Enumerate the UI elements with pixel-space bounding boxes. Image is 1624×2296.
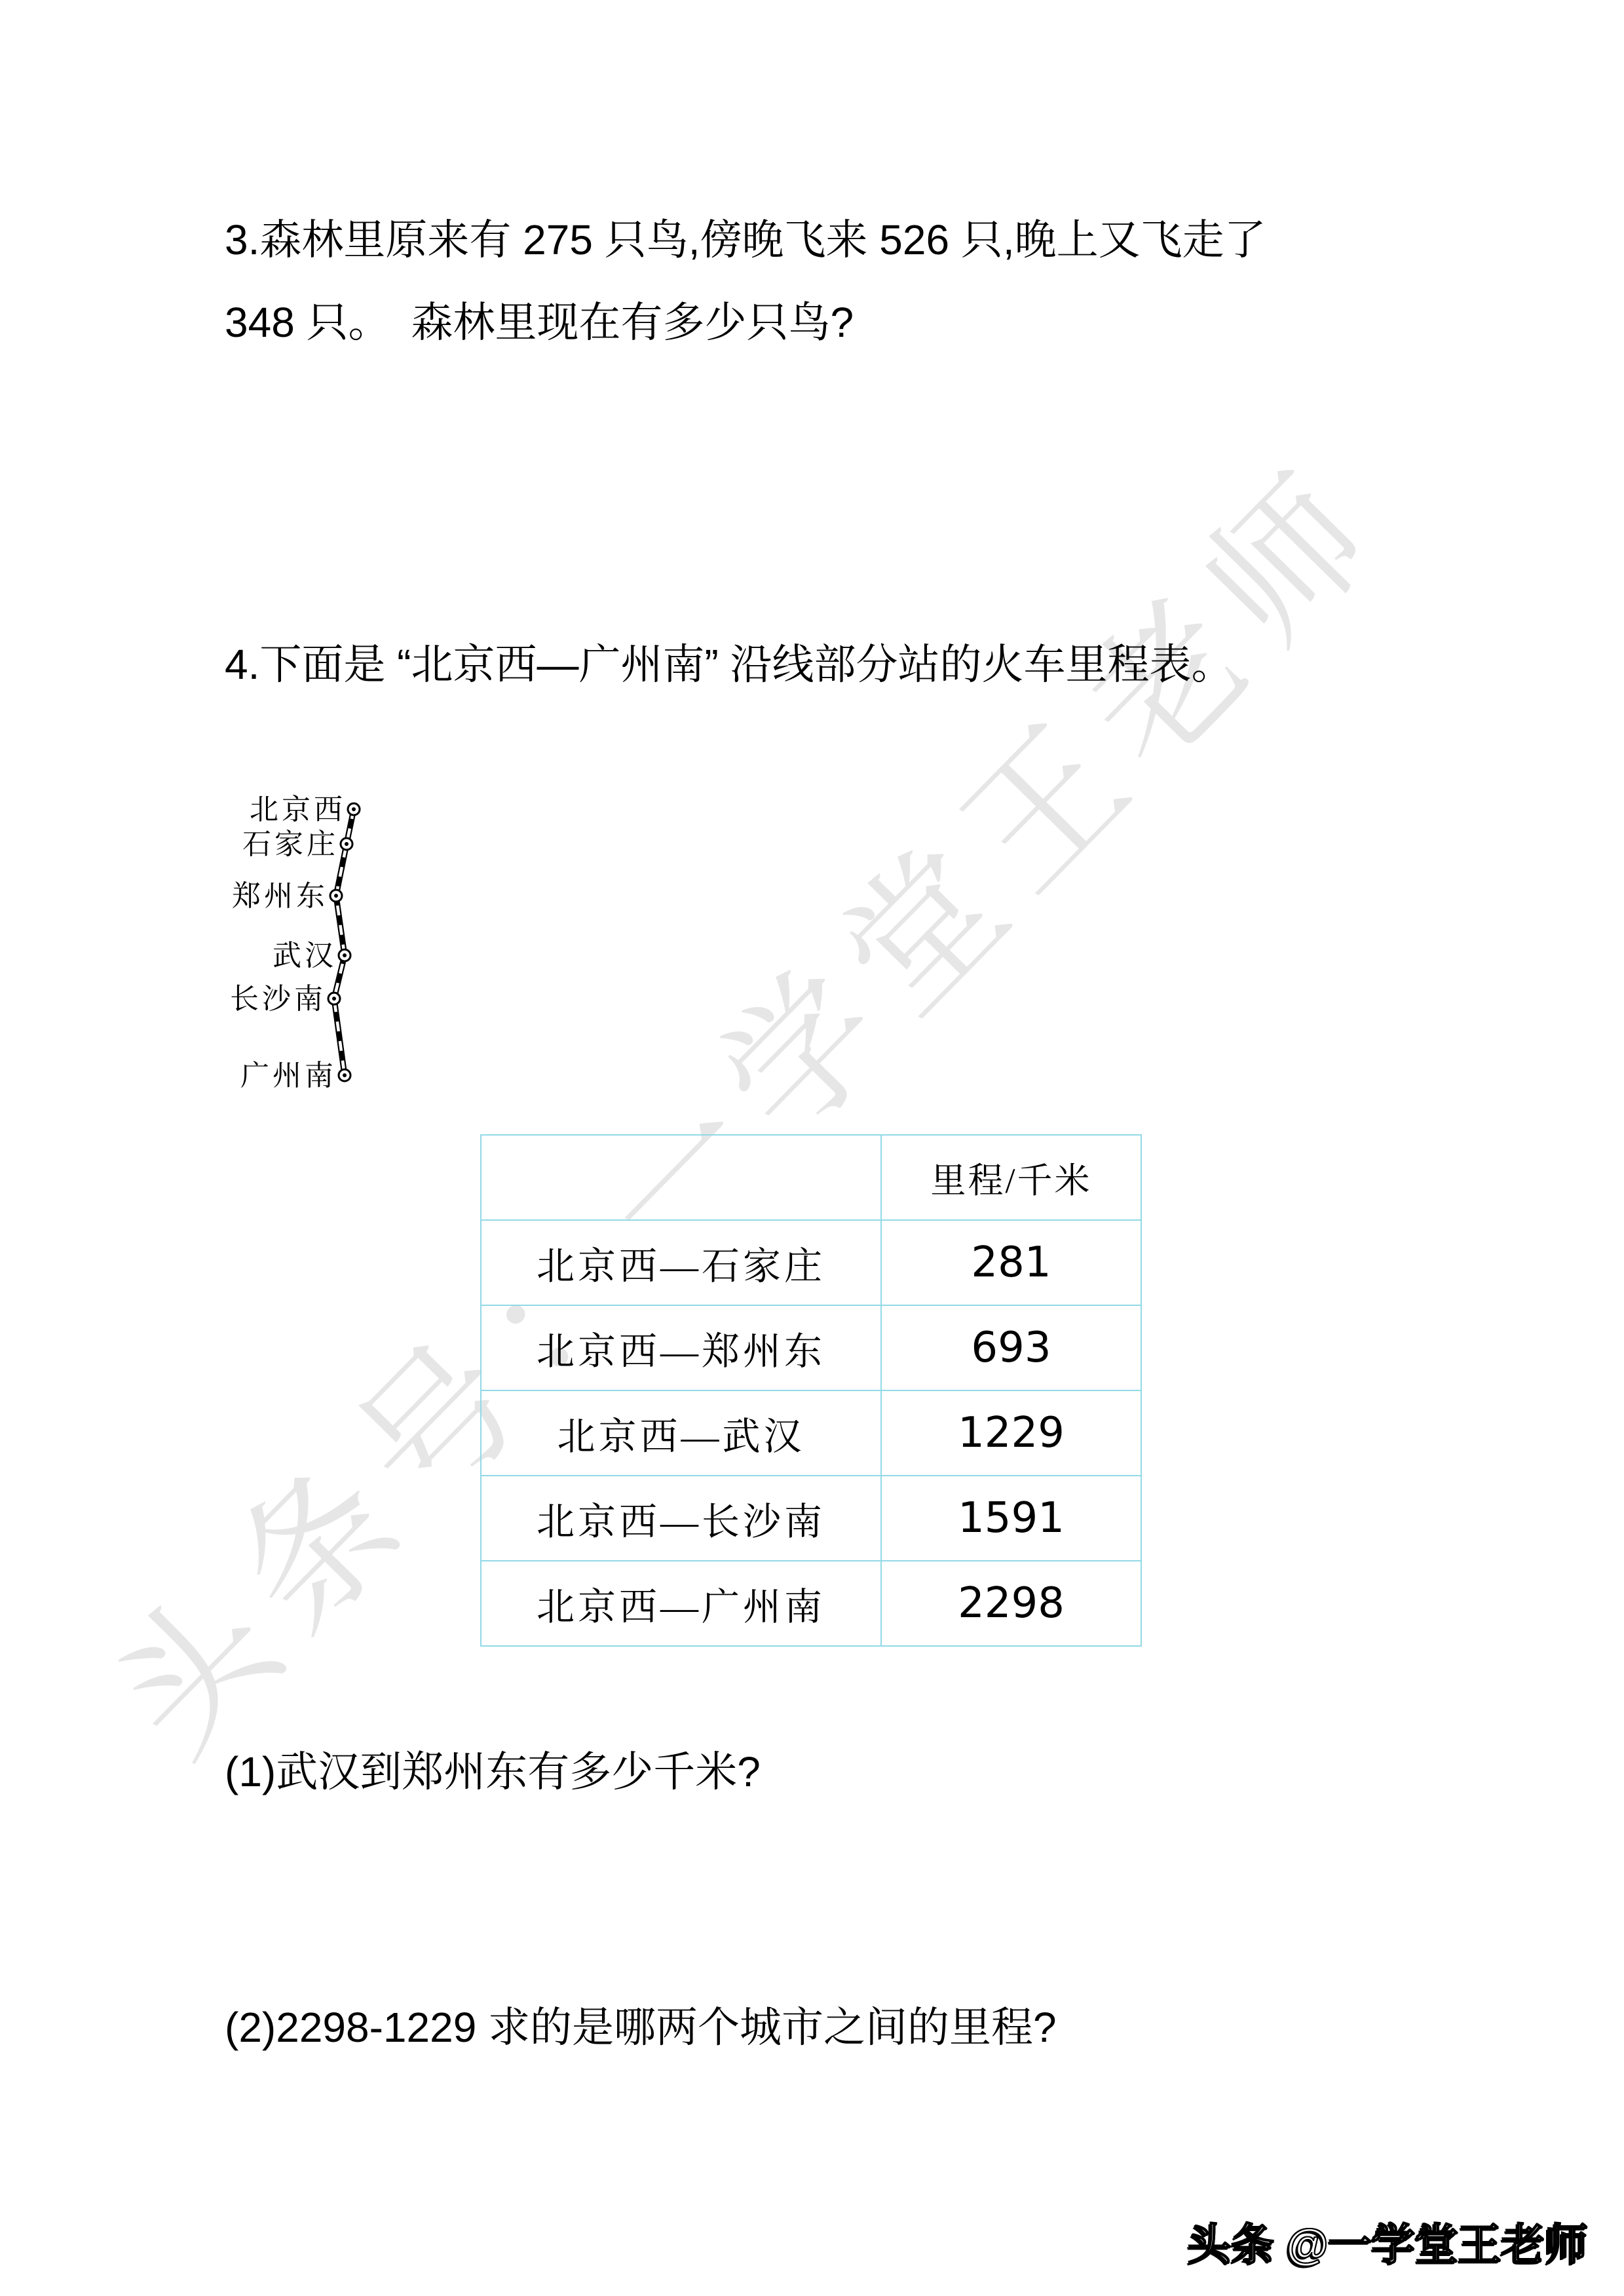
table-row: 北京西—广州南 2298 <box>481 1561 1141 1646</box>
worksheet-page: 头条号：一学堂王老师 3.森林里原来有 275 只鸟,傍晚飞来 526 只,晚上… <box>0 0 1624 2296</box>
km-cell: 2298 <box>881 1561 1141 1646</box>
station-label: 北京西 <box>250 794 346 826</box>
station-dot-icon <box>334 894 338 898</box>
question-3-line-2: 348 只。 森林里现在有多少只鸟? <box>225 299 854 347</box>
mileage-table-container: 里程/千米 北京西—石家庄 281 北京西—郑州东 693 北京西—武汉 122… <box>480 1134 1142 1647</box>
table-row: 北京西—石家庄 281 <box>481 1220 1141 1305</box>
station-label: 广州南 <box>240 1060 337 1092</box>
route-cell: 北京西—石家庄 <box>481 1220 881 1305</box>
route-cell: 北京西—郑州东 <box>481 1305 881 1390</box>
question-4-sub-2: (2)2298-1229 求的是哪两个城市之间的里程? <box>225 2004 1057 2052</box>
station-dot-icon <box>352 807 356 811</box>
mileage-table: 里程/千米 北京西—石家庄 281 北京西—郑州东 693 北京西—武汉 122… <box>480 1134 1142 1647</box>
km-cell: 1229 <box>881 1390 1141 1476</box>
table-header-row: 里程/千米 <box>481 1135 1141 1220</box>
route-cell: 北京西—长沙南 <box>481 1476 881 1561</box>
km-cell: 1591 <box>881 1476 1141 1561</box>
station-dot-icon <box>343 1073 347 1077</box>
station-guangzhounan: 广州南 <box>240 1060 350 1092</box>
station-dot-icon <box>343 953 347 957</box>
station-changshanan: 长沙南 <box>230 983 340 1015</box>
question-4: 4.下面是 “北京西—广州南” 沿线部分站的火车里程表。 <box>225 641 1234 689</box>
station-beijingxi: 北京西 <box>250 794 360 826</box>
station-dot-icon <box>345 842 349 846</box>
route-cell: 北京西—武汉 <box>481 1390 881 1476</box>
station-shijiazhuang: 石家庄 <box>242 828 352 860</box>
table-header-empty-cell <box>481 1135 881 1220</box>
table-row: 北京西—郑州东 693 <box>481 1305 1141 1390</box>
km-cell: 693 <box>881 1305 1141 1390</box>
station-label: 长沙南 <box>230 983 326 1015</box>
question-4-sub-1: (1)武汉到郑州东有多少千米? <box>225 1748 761 1797</box>
station-dot-icon <box>332 997 336 1001</box>
question-3-line-1: 3.森林里原来有 275 只鸟,傍晚飞来 526 只,晚上又飞走了 <box>225 216 1266 265</box>
table-row: 北京西—武汉 1229 <box>481 1390 1141 1476</box>
station-label: 石家庄 <box>242 828 339 860</box>
km-cell: 281 <box>881 1220 1141 1305</box>
station-zhengzhoudong: 郑州东 <box>232 880 342 912</box>
station-label: 郑州东 <box>232 880 328 912</box>
table-row: 北京西—长沙南 1591 <box>481 1476 1141 1561</box>
table-header-km-cell: 里程/千米 <box>881 1135 1141 1220</box>
route-cell: 北京西—广州南 <box>481 1561 881 1646</box>
station-label: 武汉 <box>273 940 337 972</box>
route-map: 北京西 石家庄 郑州东 武汉 长沙南 广州南 <box>216 754 478 1134</box>
footer-credit: 头条 @一学堂王老师 <box>1188 2210 1588 2272</box>
